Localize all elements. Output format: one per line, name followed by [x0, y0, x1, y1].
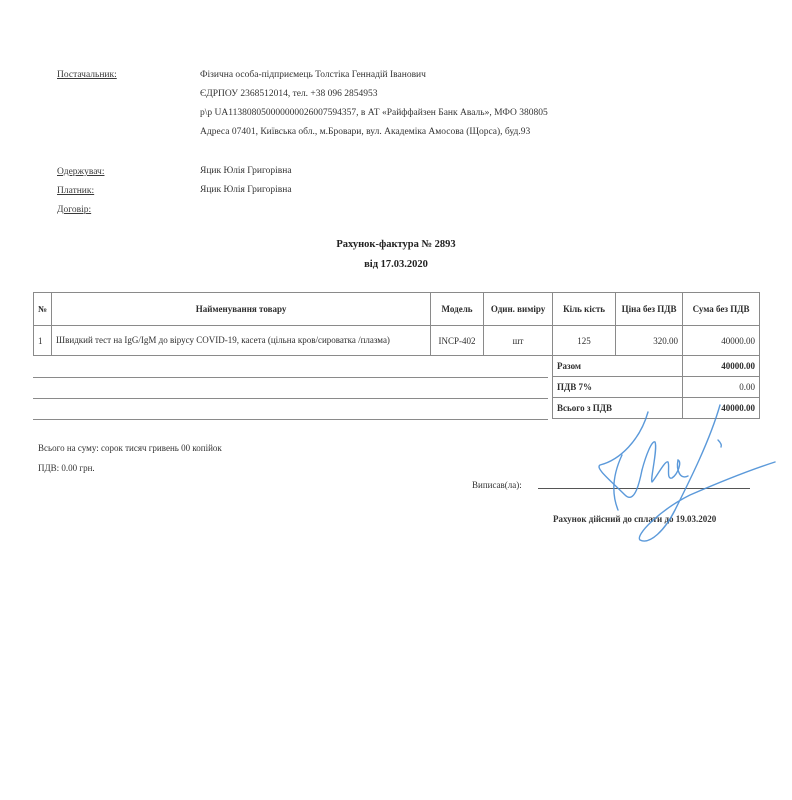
invoice-title: Рахунок-фактура № 2893	[0, 239, 792, 250]
invoice-date: від 17.03.2020	[0, 259, 792, 270]
supplier-account: р\р UA113808050000000026007594357, в АТ …	[200, 108, 548, 118]
payer-label: Платник:	[57, 186, 94, 196]
header-name: Найменування товару	[52, 293, 431, 326]
header-model: Модель	[431, 293, 484, 326]
row-qty: 125	[553, 326, 616, 356]
row-no: 1	[34, 326, 52, 356]
row-unit: шт	[484, 326, 553, 356]
vat-label: ПДВ 7%	[553, 377, 683, 398]
totals-row-vat: ПДВ 7% 0.00	[34, 377, 760, 398]
row-sum: 40000.00	[683, 326, 760, 356]
supplier-label: Постачальник:	[57, 70, 117, 80]
supplier-name: Фізична особа-підприємець Толстіка Генна…	[200, 70, 426, 80]
header-qty: Кіль кість	[553, 293, 616, 326]
contract-label: Договір:	[57, 205, 91, 215]
row-name: Швидкий тест на IgG/IgM до вірусу COVID-…	[52, 326, 431, 356]
row-model: INCP-402	[431, 326, 484, 356]
issued-by-label: Виписав(ла):	[472, 480, 522, 490]
subtotal-label: Разом	[553, 356, 683, 377]
total-in-words: Всього на суму: сорок тисяч гривень 00 к…	[38, 443, 222, 453]
supplier-address: Адреса 07401, Київська обл., м.Бровари, …	[200, 127, 530, 137]
supplier-edrpou: ЄДРПОУ 2368512014, тел. +38 096 2854953	[200, 89, 378, 99]
totals-row-subtotal: Разом 40000.00	[34, 356, 760, 377]
header-price: Ціна без ПДВ	[616, 293, 683, 326]
subtotal-value: 40000.00	[683, 356, 760, 377]
header-sum: Сума без ПДВ	[683, 293, 760, 326]
divider	[33, 377, 548, 378]
table-row: 1 Швидкий тест на IgG/IgM до вірусу COVI…	[34, 326, 760, 356]
header-unit: Один. виміру	[484, 293, 553, 326]
header-no: №	[34, 293, 52, 326]
vat-summary: ПДВ: 0.00 грн.	[38, 463, 95, 473]
row-price: 320.00	[616, 326, 683, 356]
table-header-row: № Найменування товару Модель Один. вимір…	[34, 293, 760, 326]
divider	[33, 398, 548, 399]
recipient-value: Яцик Юлія Григорівна	[200, 166, 292, 176]
payer-value: Яцик Юлія Григорівна	[200, 185, 292, 195]
divider	[33, 419, 548, 420]
signature-icon	[580, 400, 780, 560]
recipient-label: Одержувач:	[57, 167, 104, 177]
vat-value: 0.00	[683, 377, 760, 398]
